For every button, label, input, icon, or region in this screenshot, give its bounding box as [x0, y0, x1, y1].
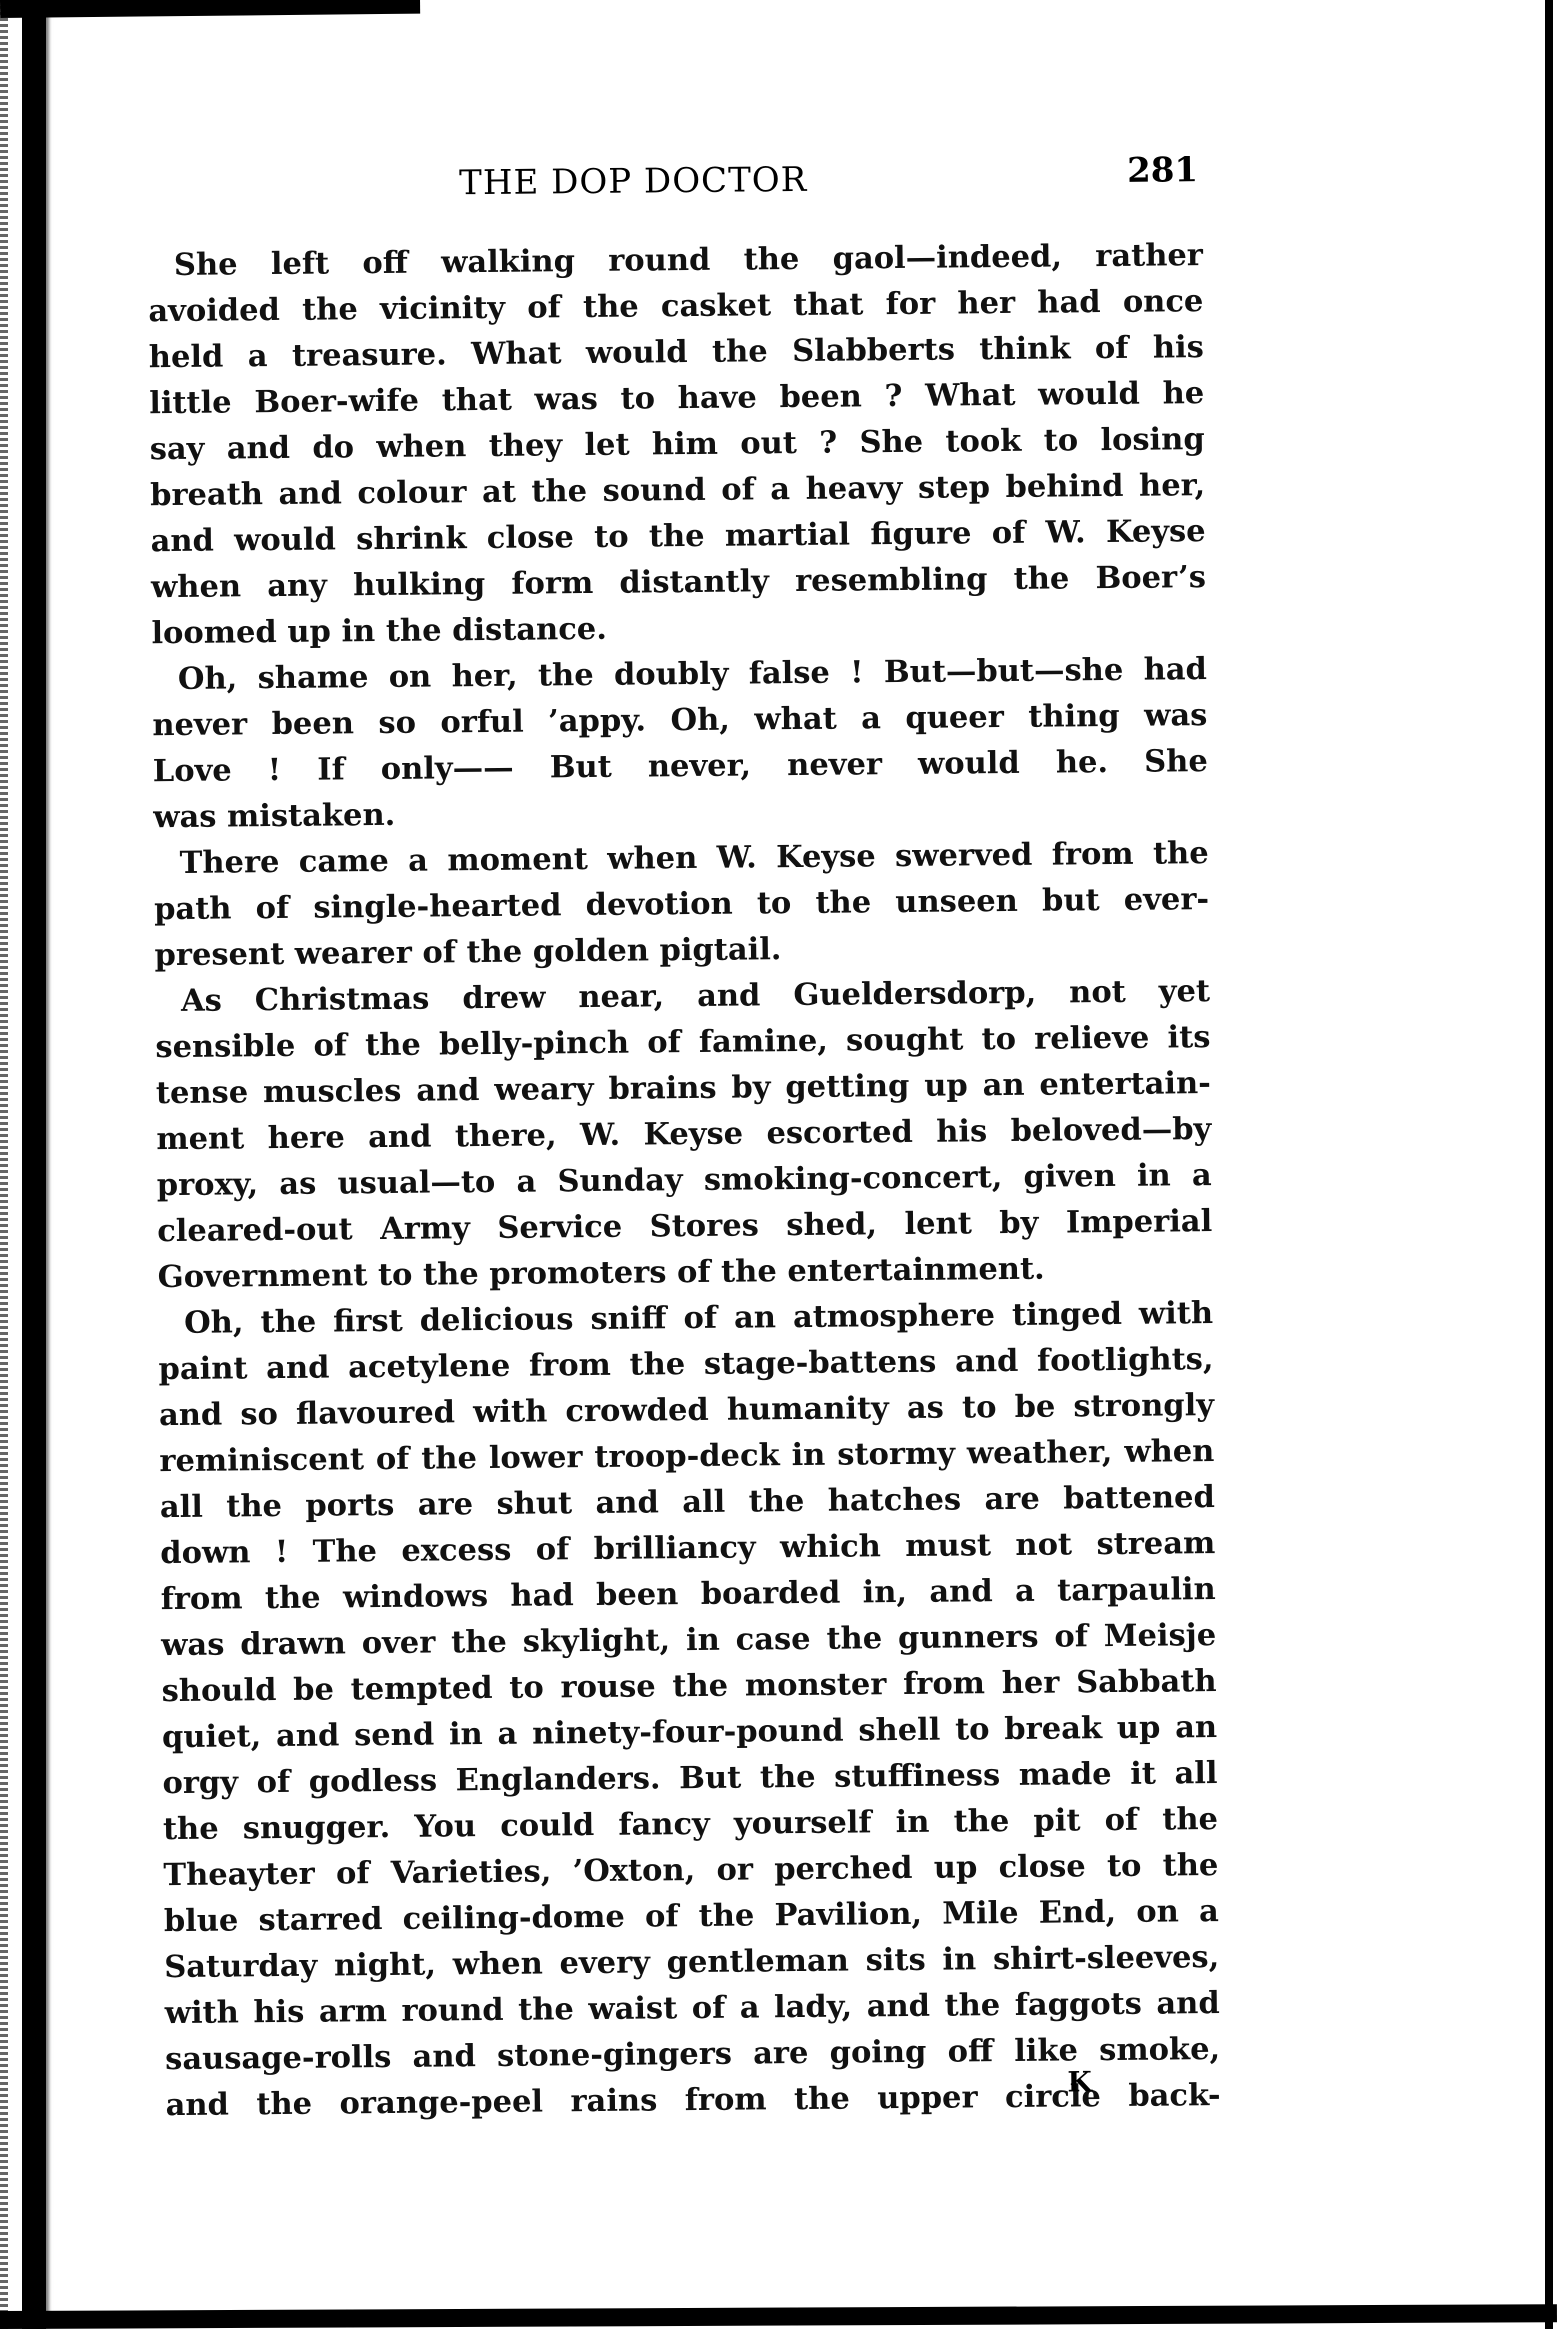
paragraph-2: Oh, shame on her, the doubly false ! But… — [152, 646, 1209, 840]
running-title: THE DOP DOCTOR — [459, 160, 807, 203]
book-page: THE DOP DOCTOR 281 She left off walking … — [0, 0, 1557, 2329]
paragraph-4: As Christmas drew near, and Gueldersdorp… — [155, 968, 1213, 1300]
paragraph-1: She left off walking round the gaol—inde… — [148, 232, 1207, 656]
body-text: She left off walking round the gaol—inde… — [148, 232, 1221, 2128]
text-line: and the orange-peel rains from the upper… — [165, 2072, 1220, 2128]
page-number: 281 — [1127, 150, 1198, 191]
running-head: THE DOP DOCTOR 281 — [147, 156, 1202, 210]
paragraph-5: Oh, the first delicious sniff of an atmo… — [158, 1290, 1221, 2128]
signature-mark: K — [1067, 2065, 1092, 2098]
paragraph-3: There came a moment when W. Keyse swerve… — [153, 830, 1209, 978]
